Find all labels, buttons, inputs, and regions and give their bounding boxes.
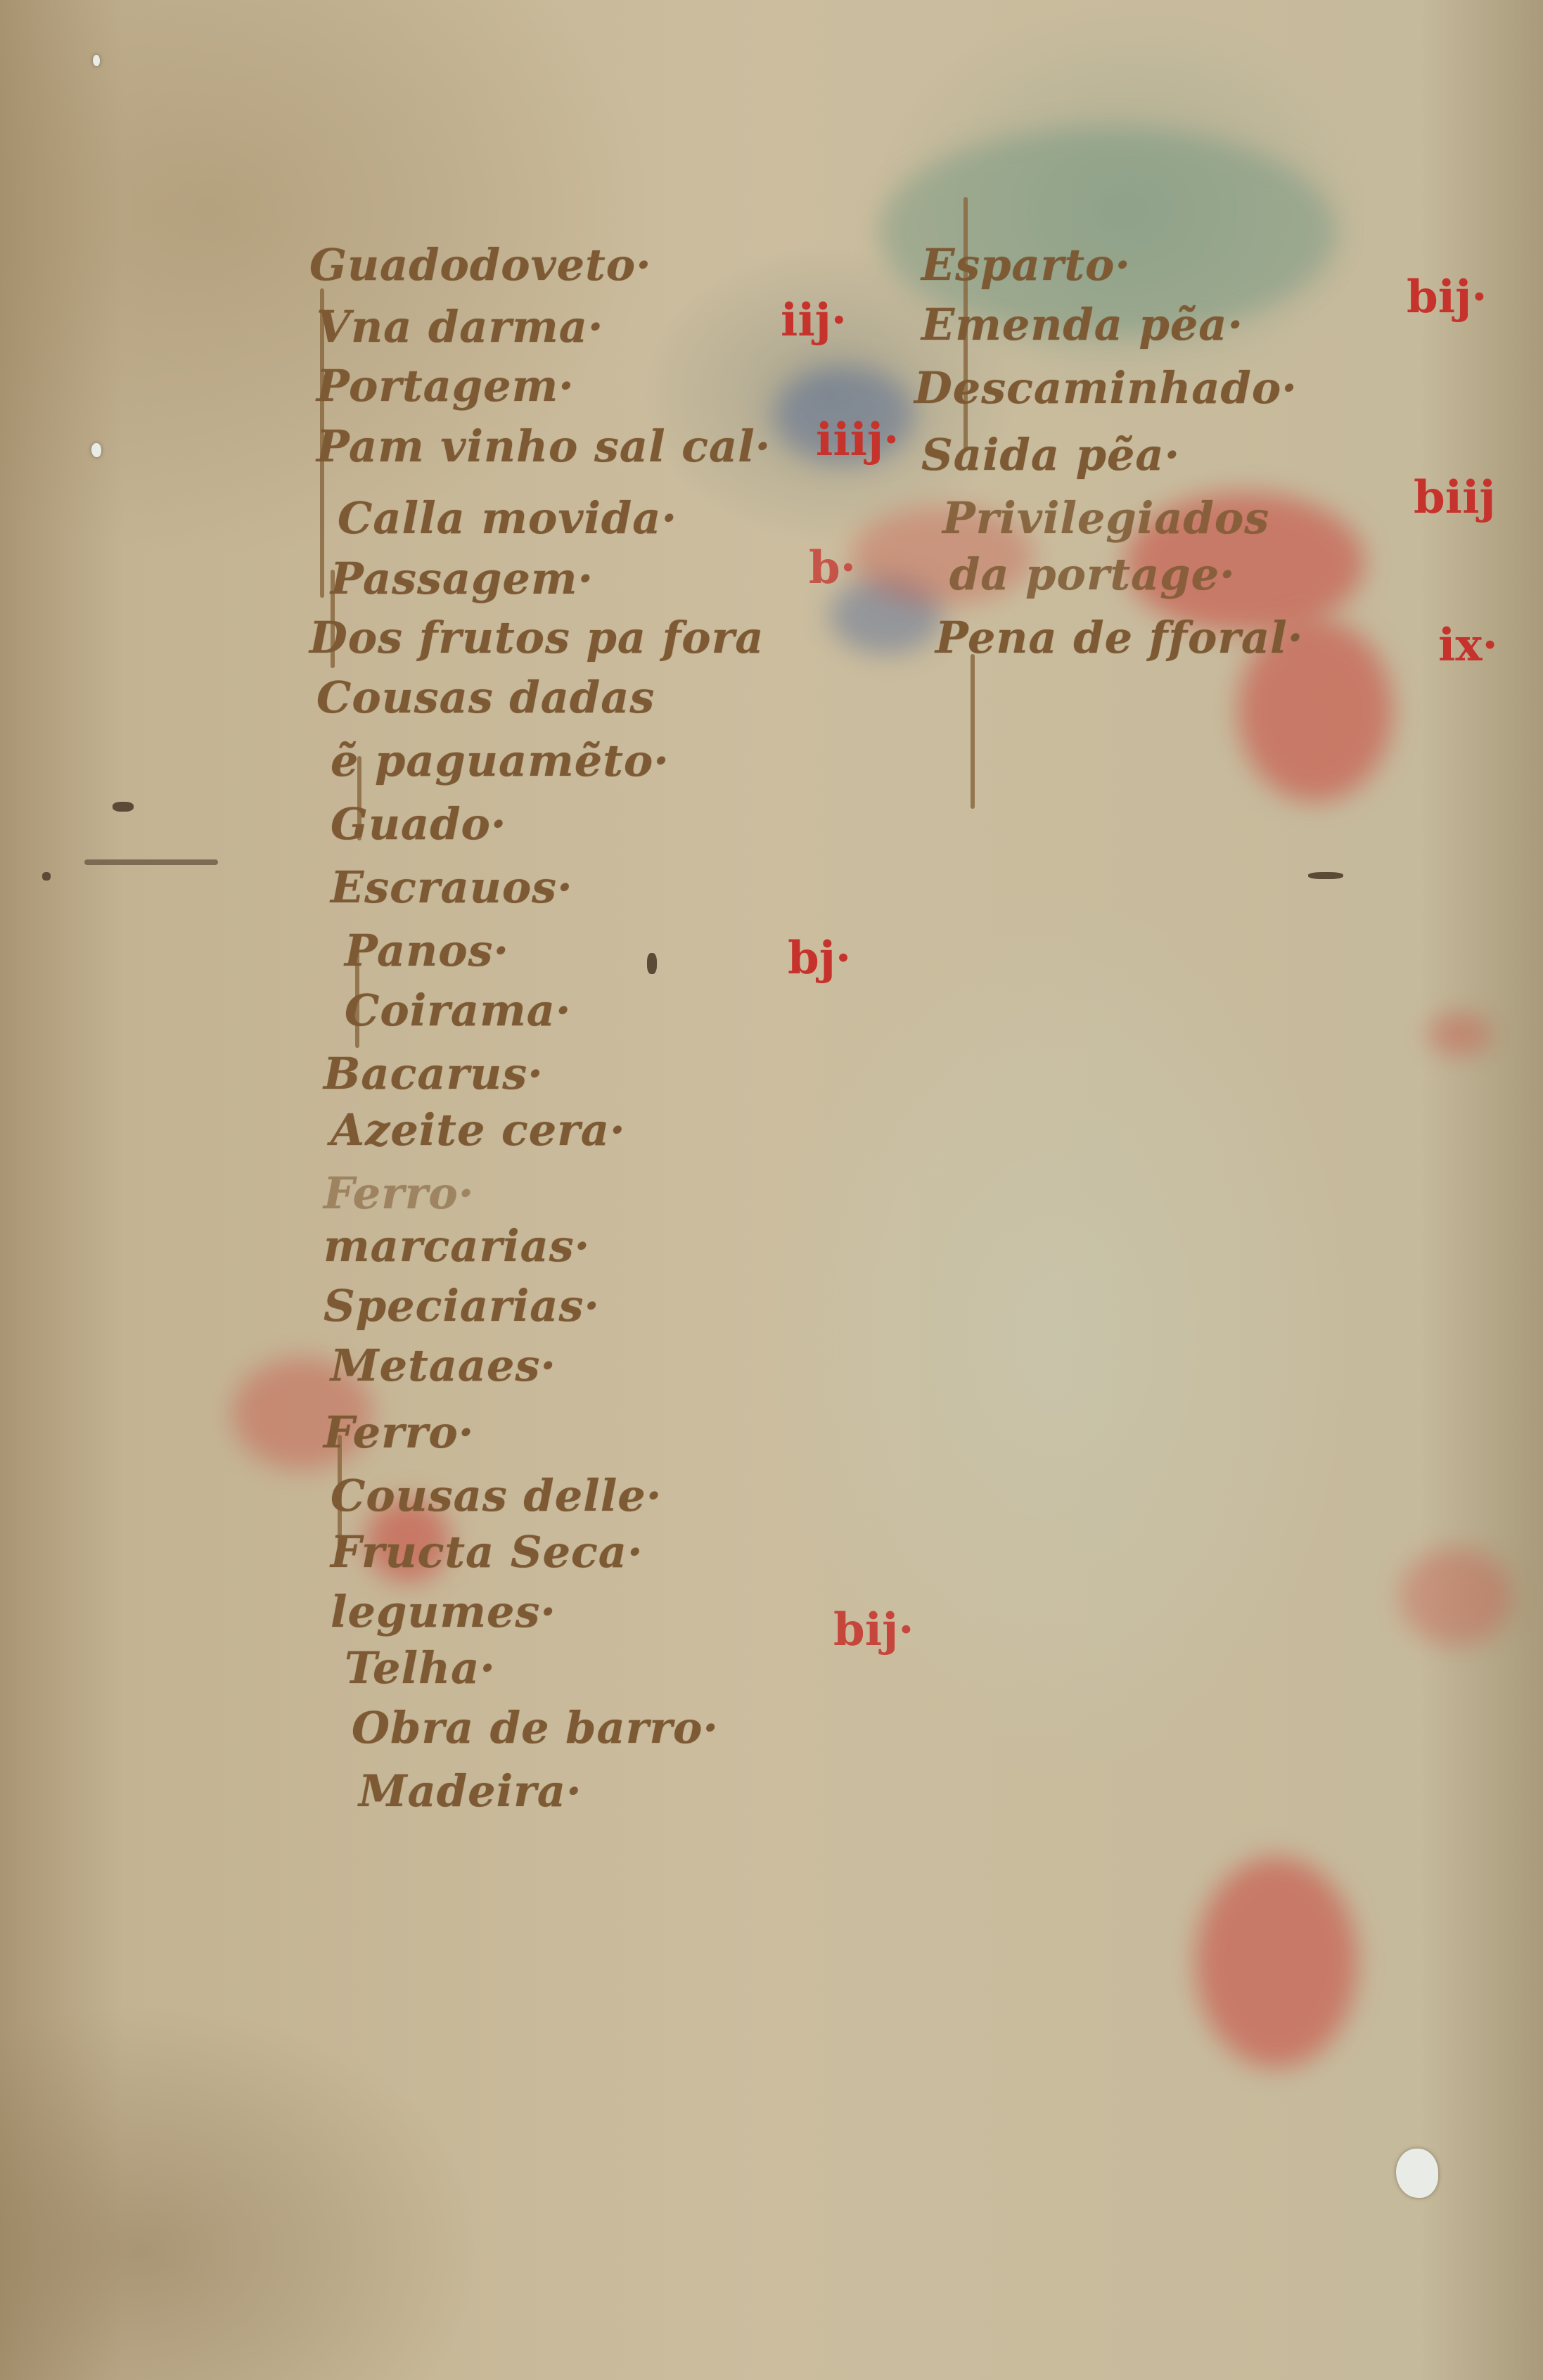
entry: Pam vinho sal cal· xyxy=(316,421,771,472)
entry: da portage· xyxy=(949,549,1236,600)
folio-numeral: bij· xyxy=(833,1604,914,1656)
entry: ẽ paguamẽto· xyxy=(331,735,670,786)
entry: Esparto· xyxy=(921,239,1131,290)
entry: Escrauos· xyxy=(331,862,573,913)
right-brace xyxy=(971,654,975,809)
entry: legumes· xyxy=(331,1586,556,1637)
ink-fleck xyxy=(1308,872,1343,879)
folio-numeral: bj· xyxy=(788,932,851,985)
ink-fleck xyxy=(42,872,51,881)
folio-numeral: iiij· xyxy=(816,414,899,466)
entry: Passagem· xyxy=(331,553,594,604)
worm-hole xyxy=(1396,2149,1438,2198)
entry: Emenda pẽa· xyxy=(921,299,1243,350)
entry: Bacarus· xyxy=(324,1048,544,1099)
entry: Vna darma· xyxy=(316,301,604,352)
red-stain xyxy=(1428,1013,1491,1055)
entry: Panos· xyxy=(345,925,509,976)
folio-numeral: b· xyxy=(809,542,856,594)
entry: Speciarias· xyxy=(324,1280,600,1331)
entry: Azeite cera· xyxy=(331,1104,626,1156)
entry: Obra de barro· xyxy=(352,1702,719,1753)
entry: Madeira· xyxy=(359,1765,582,1817)
entry: Telha· xyxy=(345,1642,496,1694)
entry: Descaminhado· xyxy=(914,362,1298,414)
entry: marcarias· xyxy=(324,1220,590,1272)
entry: Dos frutos pa fora xyxy=(309,612,764,663)
manuscript-page: Guadodoveto· Vna darma· Portagem· Pam vi… xyxy=(0,0,1543,2380)
entry: Cousas dadas xyxy=(316,672,655,723)
worm-hole xyxy=(93,55,100,66)
entry: Ferro· xyxy=(324,1407,474,1458)
folio-numeral: iij· xyxy=(781,294,847,347)
folio-numeral: bij· xyxy=(1407,271,1487,324)
entry: Guadodoveto· xyxy=(309,239,652,290)
entry: Ferro· xyxy=(324,1167,474,1219)
folio-numeral: biij xyxy=(1414,471,1496,524)
entry: Saida pẽa· xyxy=(921,429,1180,480)
red-stain xyxy=(1400,1547,1512,1646)
entry: Fructa Seca· xyxy=(331,1526,644,1578)
entry: Portagem· xyxy=(316,360,575,411)
entry: Pena de fforal· xyxy=(935,612,1303,663)
red-stain xyxy=(1196,1857,1357,2068)
entry: Privilegiados xyxy=(942,492,1269,544)
entry: Metaaes· xyxy=(331,1340,556,1391)
entry: Guado· xyxy=(331,798,507,850)
entry: Coirama· xyxy=(345,985,571,1036)
folio-numeral: ix· xyxy=(1438,619,1498,672)
worm-hole xyxy=(91,443,101,457)
entry: Calla movida· xyxy=(338,492,677,544)
entry: Cousas delle· xyxy=(331,1470,662,1521)
ink-stroke xyxy=(84,859,218,865)
ink-fleck xyxy=(647,953,657,974)
ink-fleck xyxy=(113,802,134,812)
